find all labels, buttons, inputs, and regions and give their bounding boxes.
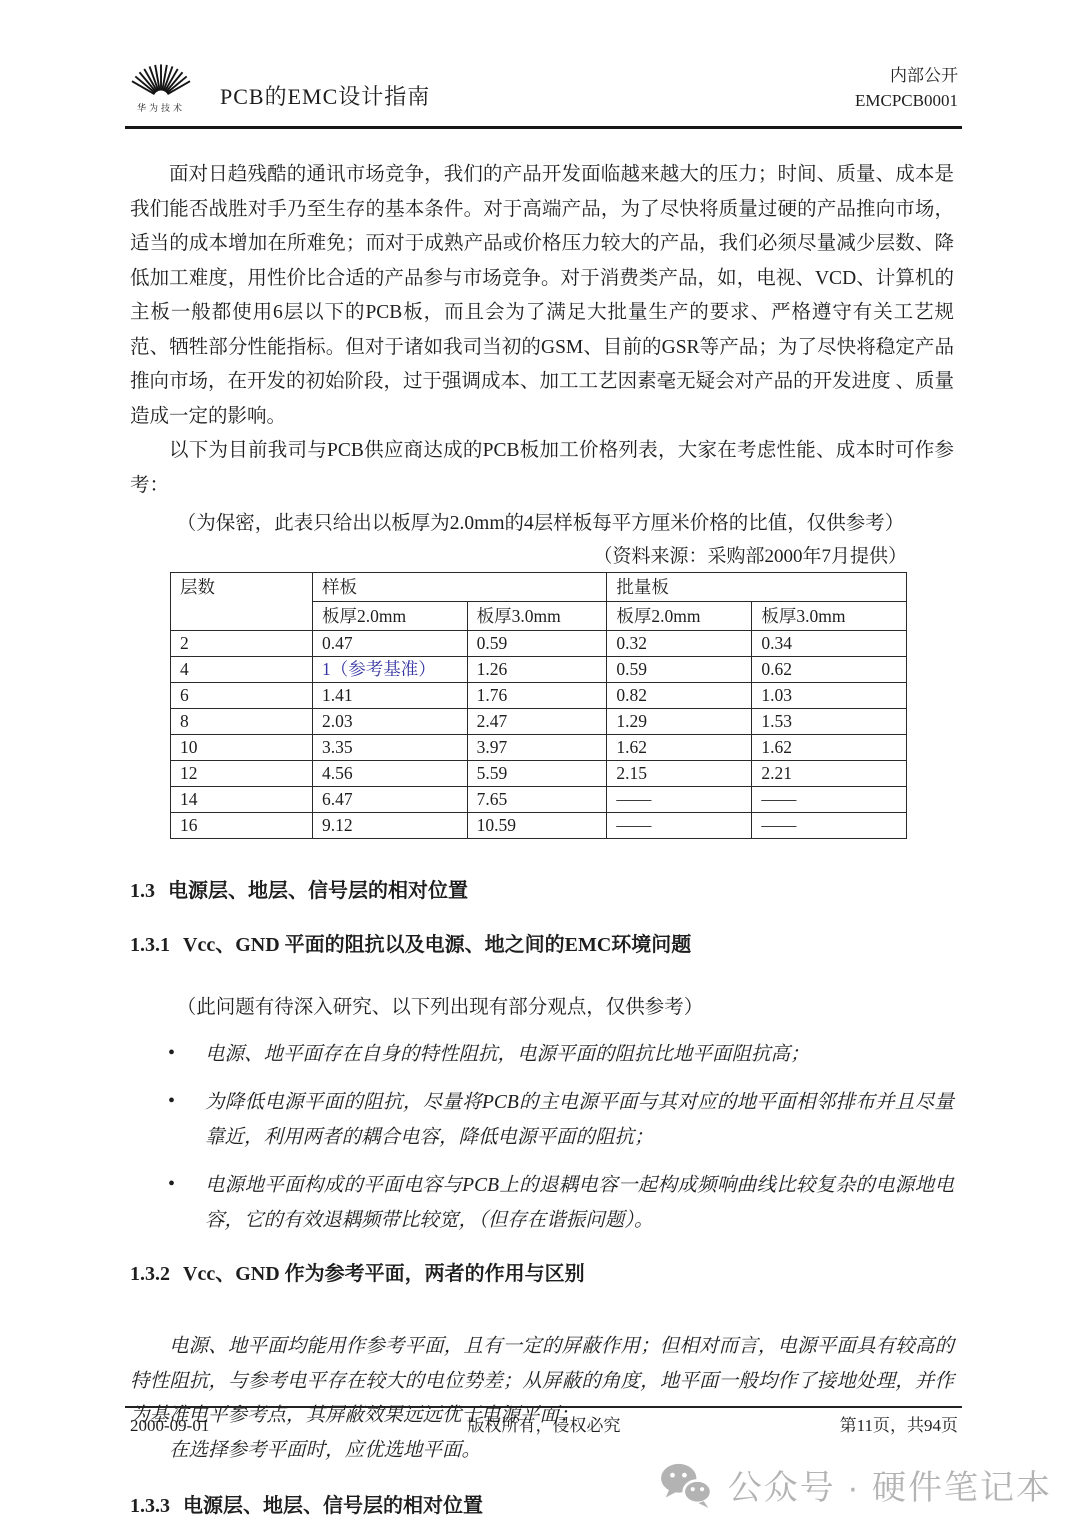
cell-value: 0.59	[607, 657, 752, 683]
cell-value: 1.26	[467, 657, 607, 683]
cell-value: 7.65	[467, 787, 607, 813]
price-table-block: （资料来源：采购部2000年7月提供） 层数 样板 批量板 板厚2.0mm 板厚…	[170, 544, 907, 839]
cell-value: 4.56	[313, 761, 468, 787]
col-group-batch: 批量板	[607, 573, 907, 602]
list-item: •电源地平面构成的平面电容与PCB上的退耦电容一起构成频响曲线比较复杂的电源地电…	[168, 1168, 954, 1238]
cell-reference-baseline: 1（参考基准）	[313, 657, 468, 683]
company-logo: 华为技术	[128, 50, 194, 114]
section-1-3-1-note: （此问题有待深入研究、以下列出现有部分观点，仅供参考）	[130, 991, 954, 1025]
table-row: 14 6.47 7.65 —— ——	[171, 787, 907, 813]
cell-value: 2.21	[752, 761, 907, 787]
cell-layers: 12	[171, 761, 313, 787]
table-row: 10 3.35 3.97 1.62 1.62	[171, 735, 907, 761]
pcb-price-table: 层数 样板 批量板 板厚2.0mm 板厚3.0mm 板厚2.0mm 板厚3.0m…	[170, 572, 907, 839]
section-title: 电源层、地层、信号层的相对位置	[183, 1495, 483, 1517]
col-group-sample: 样板	[313, 573, 607, 602]
cell-value: 10.59	[467, 813, 607, 839]
section-heading-1-3-1: 1.3.1Vcc、GND 平面的阻抗以及电源、地之间的EMC环境问题	[130, 931, 954, 959]
cell-value: 1.03	[752, 683, 907, 709]
cell-value: ——	[752, 787, 907, 813]
cell-value: 5.59	[467, 761, 607, 787]
list-item: •为降低电源平面的阻抗，尽量将PCB的主电源平面与其对应的地平面相邻排布并且尽量…	[168, 1085, 954, 1155]
cell-layers: 8	[171, 709, 313, 735]
section-title: 电源层、地层、信号层的相对位置	[168, 880, 468, 902]
document-page: 华为技术 PCB的EMC设计指南 内部公开 EMCPCB0001 面对日趋残酷的…	[0, 0, 1080, 1528]
cell-value: 1.62	[607, 735, 752, 761]
bullet-text: 为降低电源平面的阻抗，尽量将PCB的主电源平面与其对应的地平面相邻排布并且尽量靠…	[205, 1092, 954, 1148]
footer-copyright: 版权所有，侵权必究	[350, 1411, 738, 1436]
cell-value: 0.62	[752, 657, 907, 683]
logo-caption: 华为技术	[128, 101, 194, 114]
table-row: 12 4.56 5.59 2.15 2.21	[171, 761, 907, 787]
document-title: PCB的EMC设计指南	[220, 80, 430, 114]
cell-layers: 16	[171, 813, 313, 839]
table-header-row-groups: 层数 样板 批量板	[171, 573, 907, 602]
wechat-watermark: 公众号 · 硬件笔记本	[659, 1460, 1052, 1509]
section-number: 1.3.3	[130, 1495, 170, 1517]
huawei-fan-logo-icon	[130, 50, 192, 100]
cell-value: 3.35	[313, 735, 468, 761]
cell-layers: 6	[171, 683, 313, 709]
table-row: 16 9.12 10.59 —— ——	[171, 813, 907, 839]
cell-value: ——	[607, 787, 752, 813]
cell-value: ——	[752, 813, 907, 839]
cell-value: 0.82	[607, 683, 752, 709]
bullet-icon: •	[168, 1036, 175, 1071]
cell-value: 1.29	[607, 709, 752, 735]
secrecy-note: （为保密，此表只给出以板厚为2.0mm的4层样板每平方厘米价格的比值，仅供参考）	[130, 507, 954, 541]
cell-value: 0.32	[607, 631, 752, 657]
cell-value: 6.47	[313, 787, 468, 813]
col-header-thickness: 板厚2.0mm	[607, 602, 752, 631]
section-heading-1-3: 1.3电源层、地层、信号层的相对位置	[130, 877, 954, 905]
cell-value: 0.59	[467, 631, 607, 657]
classification-label: 内部公开	[855, 63, 958, 88]
cell-layers: 10	[171, 735, 313, 761]
col-header-thickness: 板厚3.0mm	[752, 602, 907, 631]
watermark-text: 公众号 · 硬件笔记本	[728, 1460, 1052, 1509]
cell-value: 0.47	[313, 631, 468, 657]
cell-value: 2.03	[313, 709, 468, 735]
table-row: 6 1.41 1.76 0.82 1.03	[171, 683, 907, 709]
cell-value: 1.41	[313, 683, 468, 709]
data-source-note: （资料来源：采购部2000年7月提供）	[170, 544, 907, 570]
col-header-thickness: 板厚2.0mm	[313, 602, 468, 631]
footer-rule	[125, 1406, 962, 1408]
cell-value: 3.97	[467, 735, 607, 761]
footer-date: 2000-09-01	[130, 1416, 350, 1436]
viewpoint-bullet-list: •电源、地平面存在自身的特性阻抗，电源平面的阻抗比地平面阻抗高； •为降低电源平…	[130, 1037, 954, 1238]
intro-paragraph-1: 面对日趋残酷的通讯市场竞争，我们的产品开发面临越来越大的压力；时间、质量、成本是…	[130, 158, 954, 434]
cell-layers: 14	[171, 787, 313, 813]
cell-layers: 4	[171, 657, 313, 683]
table-row: 4 1（参考基准） 1.26 0.59 0.62	[171, 657, 907, 683]
bullet-icon: •	[168, 1167, 175, 1202]
doc-code: EMCPCB0001	[855, 88, 958, 113]
section-number: 1.3.1	[130, 934, 170, 956]
cell-value: 1.53	[752, 709, 907, 735]
table-row: 2 0.47 0.59 0.32 0.34	[171, 631, 907, 657]
page-header: 华为技术 PCB的EMC设计指南 内部公开 EMCPCB0001	[128, 50, 958, 114]
header-rule	[125, 126, 962, 129]
list-item: •电源、地平面存在自身的特性阻抗，电源平面的阻抗比地平面阻抗高；	[168, 1037, 954, 1072]
cell-value: 1.62	[752, 735, 907, 761]
table-row: 8 2.03 2.47 1.29 1.53	[171, 709, 907, 735]
bullet-icon: •	[168, 1084, 175, 1119]
intro-paragraph-2: 以下为目前我司与PCB供应商达成的PCB板加工价格列表，大家在考虑性能、成本时可…	[130, 434, 954, 503]
section-title: Vcc、GND 平面的阻抗以及电源、地之间的EMC环境问题	[183, 934, 691, 956]
document-body: 面对日趋残酷的通讯市场竞争，我们的产品开发面临越来越大的压力；时间、质量、成本是…	[130, 158, 954, 1520]
cell-value: 2.15	[607, 761, 752, 787]
cell-value: ——	[607, 813, 752, 839]
col-header-layers: 层数	[171, 573, 313, 631]
cell-value: 0.34	[752, 631, 907, 657]
section-number: 1.3	[130, 880, 155, 902]
bullet-text: 电源、地平面存在自身的特性阻抗，电源平面的阻抗比地平面阻抗高；	[205, 1044, 810, 1065]
cell-value: 2.47	[467, 709, 607, 735]
wechat-icon	[659, 1462, 713, 1508]
page-footer: 2000-09-01 版权所有，侵权必究 第11页，共94页	[130, 1411, 958, 1436]
bullet-text: 电源地平面构成的平面电容与PCB上的退耦电容一起构成频响曲线比较复杂的电源地电容…	[205, 1175, 954, 1231]
footer-page-number: 第11页，共94页	[738, 1411, 958, 1436]
section-heading-1-3-2: 1.3.2Vcc、GND 作为参考平面，两者的作用与区别	[130, 1260, 954, 1288]
cell-layers: 2	[171, 631, 313, 657]
section-title: Vcc、GND 作为参考平面，两者的作用与区别	[183, 1263, 585, 1285]
cell-value: 1.76	[467, 683, 607, 709]
section-number: 1.3.2	[130, 1263, 170, 1285]
cell-value: 9.12	[313, 813, 468, 839]
col-header-thickness: 板厚3.0mm	[467, 602, 607, 631]
